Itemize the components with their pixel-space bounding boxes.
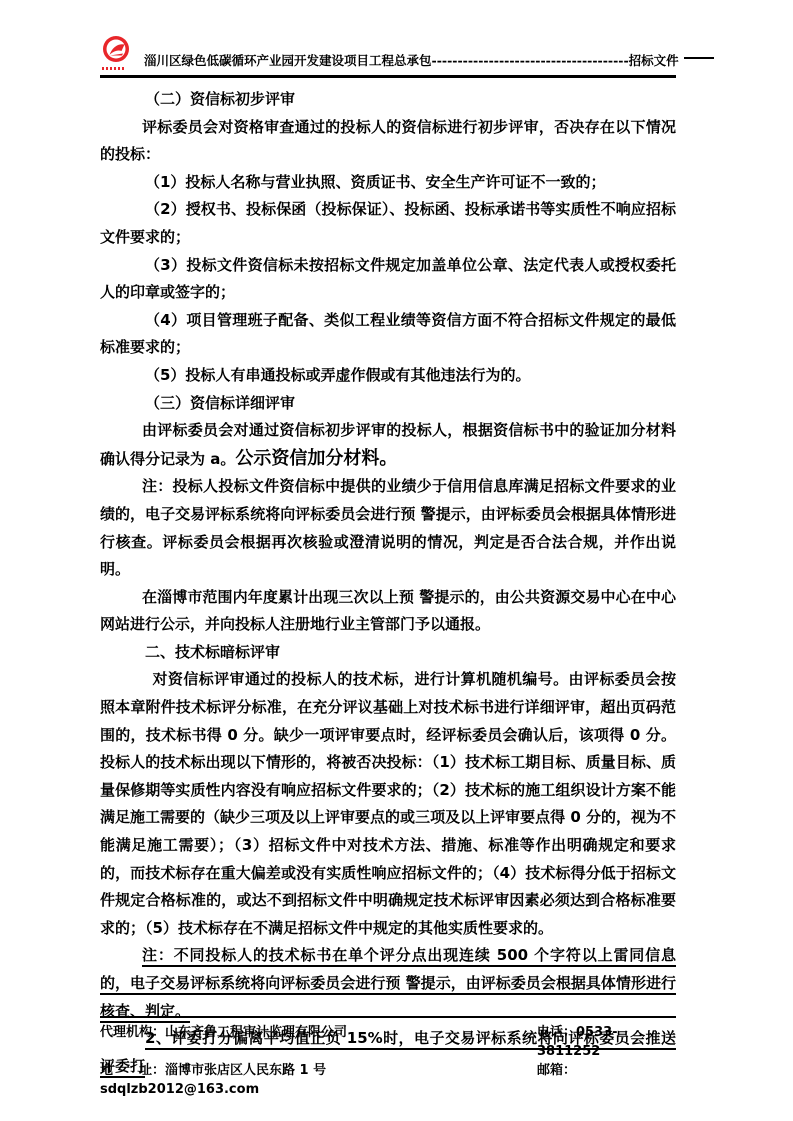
text-segment: （2）授权书、投标保函（投标保证）、投标函、投标承诺书等实质性不响应招标文件要求… (100, 200, 676, 246)
footer-email-label: 邮箱： (537, 1061, 676, 1080)
text-segment: 二、技术标暗标评审 (145, 643, 280, 661)
header-row: 淄川区绿色低碳循环产业园开发建设项目工程总承包-----------------… (100, 34, 676, 71)
page-footer: 代理机构：山东齐鲁工程审计监理有限公司 电话：0533-3811252 地 址：… (100, 1016, 676, 1099)
para-credit-preliminary-intro: 评标委员会对资格审查通过的投标人的资信标进行初步评审，否决存在以下情况的投标： (100, 114, 676, 169)
text-segment: （3）投标文件资信标未按招标文件规定加盖单位公章、法定代表人或授权委托人的印章或… (100, 256, 676, 302)
para-credit-detailed: 由评标委员会对通过资信标初步评审的投标人，根据资信标书中的验证加分材料确认得分记… (100, 417, 676, 473)
footer-row: 代理机构：山东齐鲁工程审计监理有限公司 电话：0533-3811252 (100, 1023, 676, 1061)
footer-email-address: sdqlzb2012@163.com (100, 1080, 537, 1099)
text-segment: 评标委员会对资格审查通过的投标人的资信标进行初步评审，否决存在以下情况的投标： (100, 118, 676, 164)
header-doc-type: 招标文件 (629, 53, 679, 68)
text-segment: 公示资信加分材料。 (235, 448, 397, 469)
list-item-2: （2）授权书、投标保函（投标保证）、投标函、投标承诺书等实质性不响应招标文件要求… (100, 196, 676, 251)
heading-credit-detailed-review: （三）资信标详细评审 (100, 390, 676, 418)
para-credit-note: 注：投标人投标文件资信标中提供的业绩少于信用信息库满足招标文件要求的业绩的，电子… (100, 473, 676, 583)
heading-technical-blind-review: 二、技术标暗标评审 (100, 639, 676, 667)
footer-row: 地 址：淄博市张店区人民东路 1 号 邮箱： (100, 1061, 676, 1080)
text-segment: 注：不同投标人的技术标书在单个评分点出现连续 500 个字符以上雷同信息的，电子… (100, 946, 676, 1019)
page-header: 淄川区绿色低碳循环产业园开发建设项目工程总承包-----------------… (100, 34, 676, 78)
para-technical-review: 对资信标评审通过的投标人的技术标，进行计算机随机编号。由评标委员会按照本章附件技… (100, 666, 676, 942)
heading-credit-preliminary-review: （二）资信标初步评审 (100, 86, 676, 114)
text-segment: 对资信标评审通过的投标人的技术标，进行计算机随机编号。由评标委员会按照本章附件技… (100, 670, 676, 936)
list-item-1: （1）投标人名称与营业执照、资质证书、安全生产许可证不一致的； (100, 169, 676, 197)
header-decorative-line (684, 57, 714, 59)
footer-row: sdqlzb2012@163.com (100, 1080, 676, 1099)
logo-caption (102, 67, 126, 70)
header-project-name: 淄川区绿色低碳循环产业园开发建设项目工程总承包 (144, 53, 432, 68)
para-technical-note-underlined: 注：不同投标人的技术标书在单个评分点出现连续 500 个字符以上雷同信息的，电子… (100, 942, 676, 1025)
para-warning-publicity: 在淄博市范围内年度累计出现三次以上预 警提示的，由公共资源交易中心在中心网站进行… (100, 584, 676, 639)
footer-address: 地 址：淄博市张店区人民东路 1 号 (100, 1061, 537, 1080)
text-segment: 在淄博市范围内年度累计出现三次以上预 警提示的，由公共资源交易中心在中心网站进行… (100, 588, 676, 634)
header-rule (100, 75, 676, 78)
agency-logo (100, 34, 144, 71)
text-segment: （三）资信标详细评审 (145, 394, 295, 412)
text-segment: （5）投标人有串通投标或弄虚作假或有其他违法行为的。 (145, 366, 530, 384)
text-segment: （4）项目管理班子配备、类似工程业绩等资信方面不符合招标文件规定的最低标准要求的… (100, 311, 676, 357)
text-segment: 注：投标人投标文件资信标中提供的业绩少于信用信息库满足招标文件要求的业绩的，电子… (100, 477, 676, 578)
header-dash-filler: -------------------------------------- (432, 53, 629, 68)
document-body: （二）资信标初步评审评标委员会对资格审查通过的投标人的资信标进行初步评审，否决存… (100, 86, 676, 1080)
text-segment: （1）投标人名称与营业执照、资质证书、安全生产许可证不一致的； (145, 173, 605, 191)
list-item-4: （4）项目管理班子配备、类似工程业绩等资信方面不符合招标文件规定的最低标准要求的… (100, 307, 676, 362)
footer-agency-name: 代理机构：山东齐鲁工程审计监理有限公司 (100, 1023, 537, 1061)
logo-icon (100, 34, 134, 66)
header-title: 淄川区绿色低碳循环产业园开发建设项目工程总承包-----------------… (144, 53, 679, 71)
list-item-5: （5）投标人有串通投标或弄虚作假或有其他违法行为的。 (100, 362, 676, 390)
list-item-3: （3）投标文件资信标未按招标文件规定加盖单位公章、法定代表人或授权委托人的印章或… (100, 252, 676, 307)
text-segment: （二）资信标初步评审 (145, 90, 295, 108)
footer-blank (537, 1080, 676, 1099)
footer-phone: 电话：0533-3811252 (537, 1023, 676, 1061)
document-page: 淄川区绿色低碳循环产业园开发建设项目工程总承包-----------------… (0, 0, 793, 1121)
